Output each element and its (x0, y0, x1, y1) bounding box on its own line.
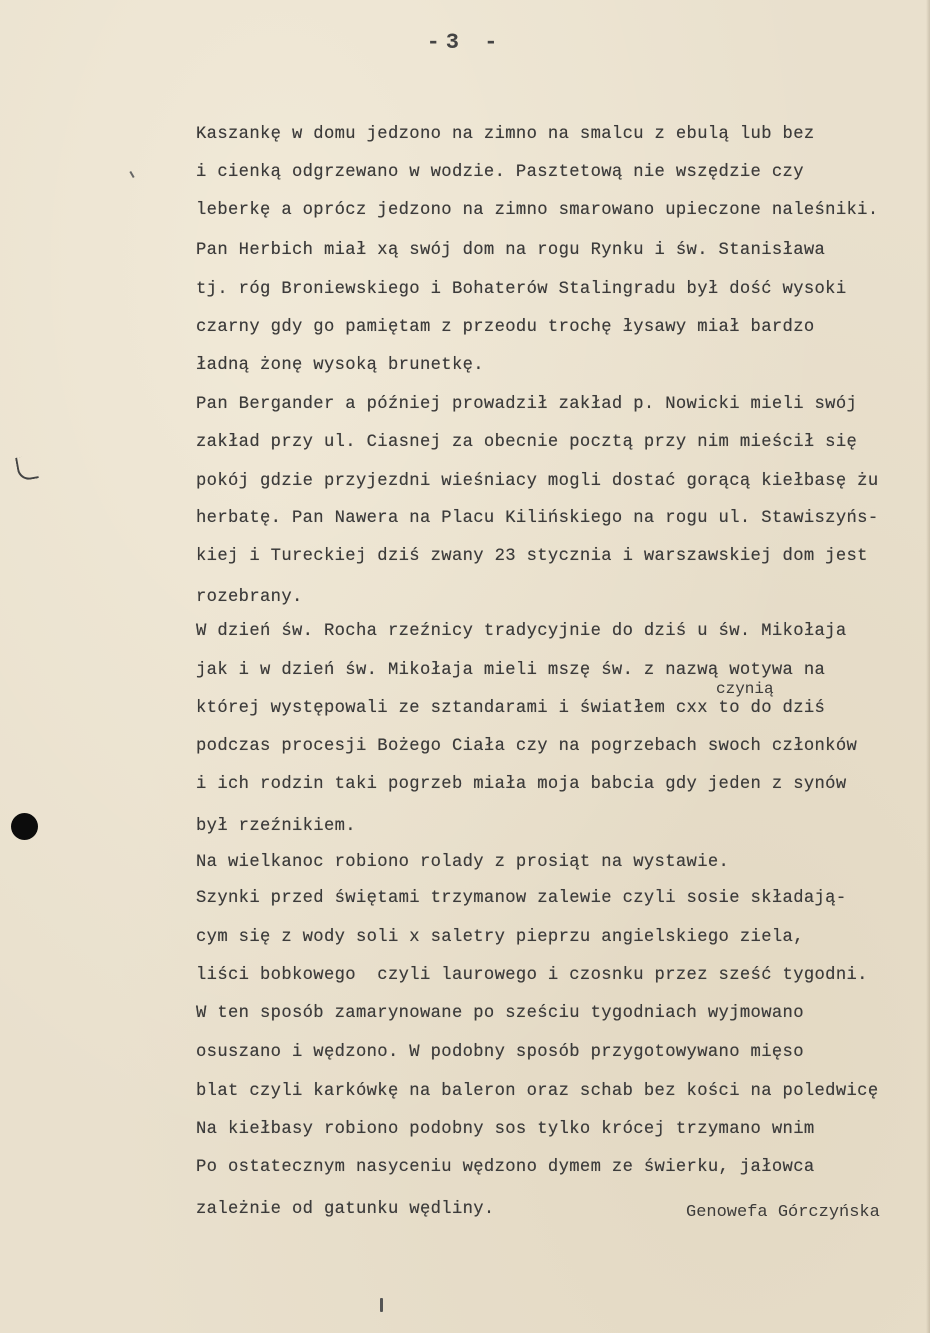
text-line: tj. róg Broniewskiego i Bohaterów Stalin… (196, 280, 847, 299)
text-line: której występowali ze sztandarami i świa… (196, 699, 825, 718)
text-line: Pan Herbich miał xą swój dom na rogu Ryn… (196, 241, 825, 260)
text-line: W dzień św. Rocha rzeźnicy tradycyjnie d… (196, 622, 847, 641)
page-number: -3 - (0, 30, 930, 55)
text-line: zależnie od gatunku wędliny. (196, 1200, 495, 1219)
signature: Genowefa Górczyńska (686, 1203, 880, 1222)
document-page: -3 - Kaszankę w domu jedzono na zimno na… (0, 0, 930, 1333)
interlinear-insert: czynią (716, 680, 774, 698)
page-edge-shadow (926, 0, 930, 1333)
stray-mark (129, 171, 134, 178)
text-line: był rzeźnikiem. (196, 817, 356, 836)
text-line: Na wielkanoc robiono rolady z prosiąt na… (196, 853, 729, 872)
text-line: rozebrany. (196, 588, 303, 607)
text-line: i cienką odgrzewano w wodzie. Pasztetową… (196, 163, 804, 182)
text-line: Szynki przed świętami trzymanow zalewie … (196, 889, 847, 908)
punch-hole (11, 813, 38, 840)
text-line: Po ostatecznym nasyceniu wędzono dymem z… (196, 1158, 815, 1177)
text-line: cym się z wody soli x saletry pieprzu an… (196, 928, 804, 947)
text-line: podczas procesji Bożego Ciała czy na pog… (196, 737, 857, 756)
text-line: czarny gdy go pamiętam z przeodu trochę … (196, 318, 815, 337)
text-line: Kaszankę w domu jedzono na zimno na smal… (196, 125, 815, 144)
text-line: blat czyli karkówkę na baleron oraz scha… (196, 1082, 879, 1101)
text-line: W ten sposób zamarynowane po sześciu tyg… (196, 1004, 804, 1023)
text-line: Na kiełbasy robiono podobny sos tylko kr… (196, 1120, 815, 1139)
text-line: zakład przy ul. Ciasnej za obecnie poczt… (196, 433, 857, 452)
text-line: pokój gdzie przyjezdni wieśniacy mogli d… (196, 472, 879, 491)
text-line: Pan Bergander a później prowadził zakład… (196, 395, 857, 414)
text-line: ładną żonę wysoką brunetkę. (196, 356, 484, 375)
text-line: jak i w dzień św. Mikołaja mieli mszę św… (196, 661, 825, 680)
text-line: herbatę. Pan Nawera na Placu Kilińskiego… (196, 509, 879, 528)
margin-pencil-mark (15, 454, 39, 481)
stray-tick-mark (380, 1298, 383, 1312)
text-line: i ich rodzin taki pogrzeb miała moja bab… (196, 775, 847, 794)
text-line: liści bobkowego czyli laurowego i czosnk… (196, 966, 868, 985)
text-line: kiej i Tureckiej dziś zwany 23 stycznia … (196, 547, 868, 566)
text-line: osuszano i wędzono. W podobny sposób prz… (196, 1043, 804, 1062)
text-line: leberkę a oprócz jedzono na zimno smarow… (196, 201, 879, 220)
